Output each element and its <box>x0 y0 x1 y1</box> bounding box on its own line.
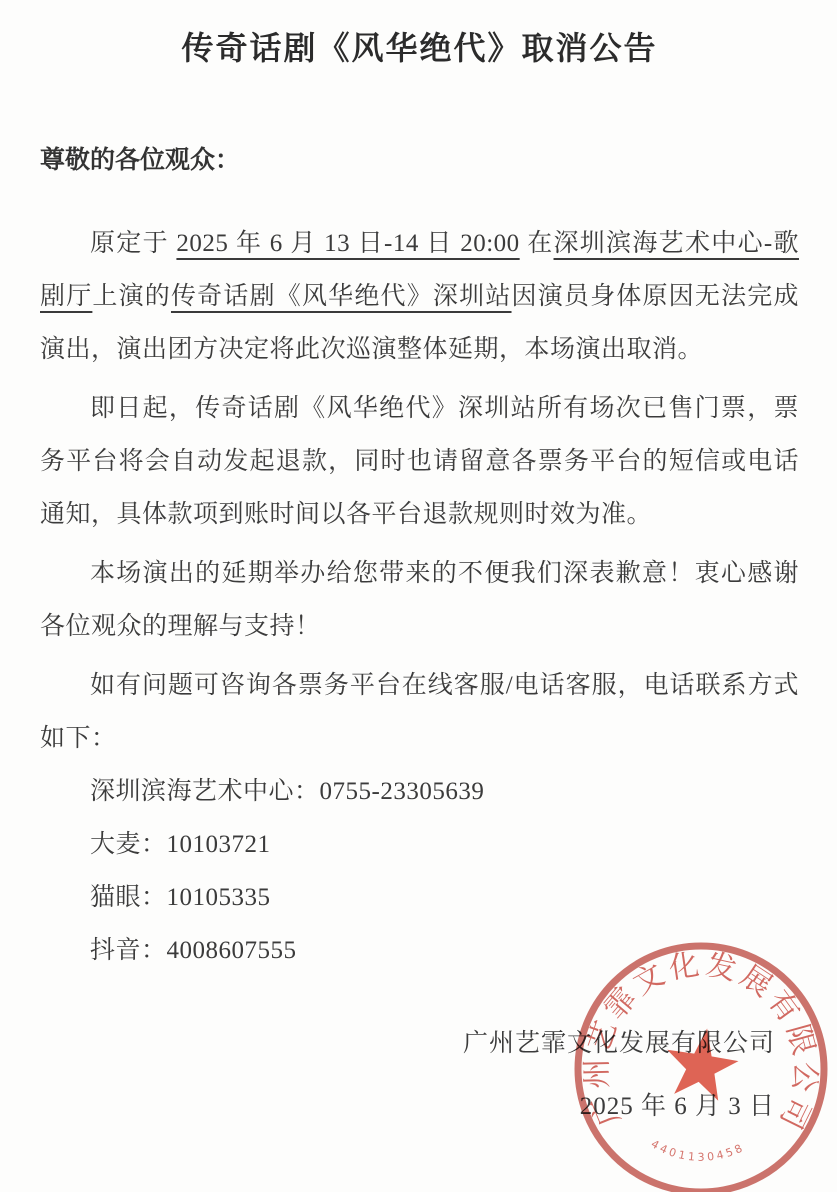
paragraph-contact-intro: 如有问题可咨询各票务平台在线客服/电话客服，电话联系方式如下： <box>40 659 799 765</box>
contact-label: 猫眼： <box>90 884 167 911</box>
salutation: 尊敬的各位观众： <box>40 134 799 187</box>
seal-serial-number: 4401130458 <box>649 1137 747 1164</box>
contact-line-venue: 深圳滨海艺术中心：0755-23305639 <box>40 765 799 818</box>
paragraph-refund-info: 即日起，传奇话剧《风华绝代》深圳站所有场次已售门票，票务平台将会自动发起退款，同… <box>40 382 799 541</box>
p1-text: 原定于 <box>90 230 176 257</box>
contact-label: 抖音： <box>90 937 167 964</box>
contact-line-maoyan: 猫眼：10105335 <box>40 871 799 924</box>
document-page: 传奇话剧《风华绝代》取消公告 尊敬的各位观众： 原定于 2025 年 6 月 1… <box>0 0 837 1192</box>
paragraph-cancellation-notice: 原定于 2025 年 6 月 13 日-14 日 20:00 在深圳滨海艺术中心… <box>40 217 799 376</box>
p1-date-underlined: 2025 年 6 月 13 日-14 日 20:00 <box>176 230 519 257</box>
signature-date: 2025 年 6 月 3 日 <box>40 1080 775 1133</box>
p1-show-underlined: 传奇话剧《风华绝代》深圳站 <box>171 283 512 310</box>
p1-text: 在 <box>520 230 554 257</box>
contact-line-douyin: 抖音：4008607555 <box>40 924 799 977</box>
signature-block: 广州艺霏文化发展有限公司 2025 年 6 月 3 日 <box>40 1017 799 1133</box>
contact-label: 大麦： <box>90 831 167 858</box>
contact-line-damai: 大麦：10103721 <box>40 818 799 871</box>
contact-number: 0755-23305639 <box>320 778 485 805</box>
contact-label: 深圳滨海艺术中心： <box>90 778 320 805</box>
contact-number: 10103721 <box>167 831 271 858</box>
paragraph-apology: 本场演出的延期举办给您带来的不便我们深表歉意！衷心感谢各位观众的理解与支持！ <box>40 547 799 653</box>
signature-company: 广州艺霏文化发展有限公司 <box>40 1017 775 1070</box>
contact-number: 10105335 <box>167 884 271 911</box>
page-title: 传奇话剧《风华绝代》取消公告 <box>40 24 799 72</box>
p1-text: 上演的 <box>92 283 171 310</box>
contact-number: 4008607555 <box>167 937 297 964</box>
